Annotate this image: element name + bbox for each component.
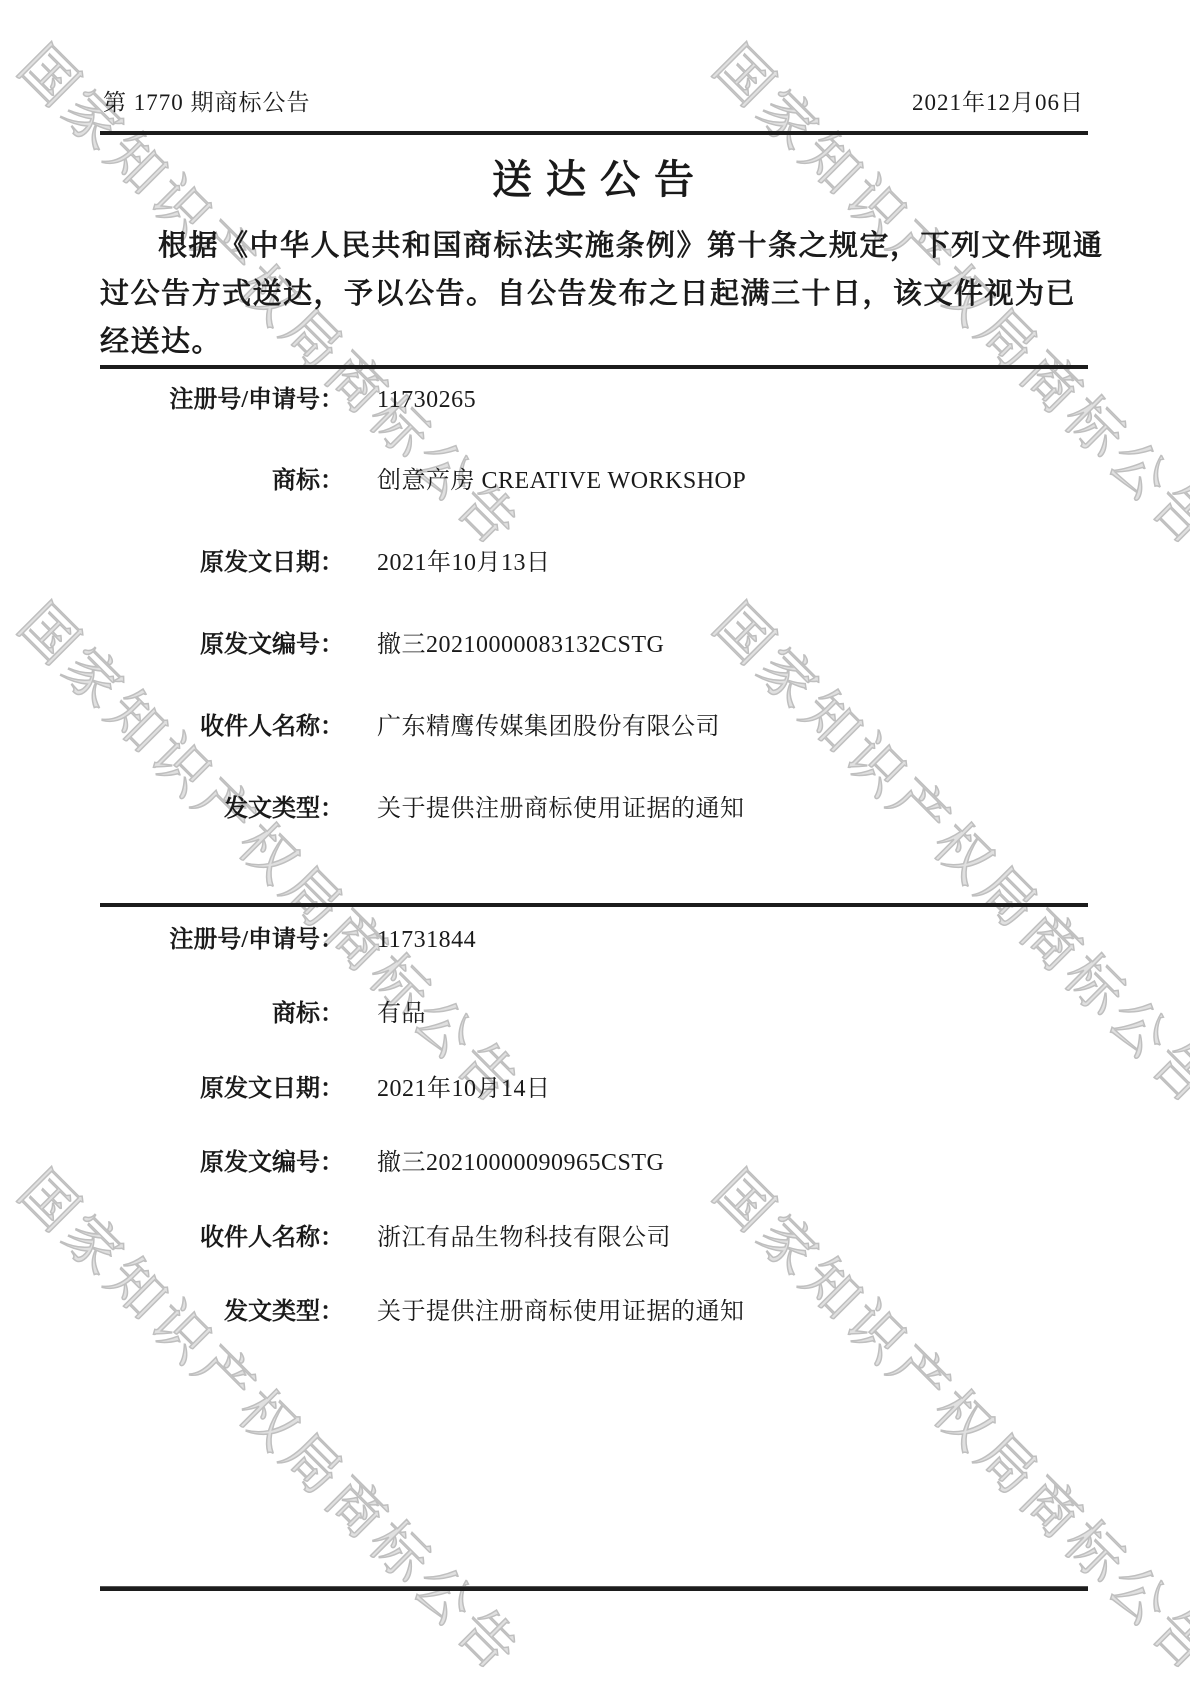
field-row: 收件人名称： 浙江有品生物科技有限公司: [100, 1221, 1090, 1255]
page-title: 送 达 公 告: [100, 148, 1088, 205]
field-value: 11731844: [377, 923, 476, 957]
field-row: 原发文编号： 撤三20210000083132CSTG: [100, 628, 1090, 662]
gazette-date: 2021年12月06日: [912, 84, 1084, 117]
field-label: 商标：: [100, 997, 344, 1031]
field-label: 发文类型：: [100, 1295, 344, 1329]
page-bottom-rule: [100, 1586, 1088, 1591]
field-row: 商标： 创意产房 CREATIVE WORKSHOP: [100, 464, 1090, 498]
field-row: 原发文编号： 撤三20210000090965CSTG: [100, 1146, 1090, 1180]
field-value: 11730265: [377, 383, 476, 417]
section-divider: [100, 365, 1088, 369]
document-page: 国家知识产权局商标公告 国家知识产权局商标公告 国家知识产权局商标公告 国家知识…: [0, 0, 1190, 1684]
field-row: 发文类型： 关于提供注册商标使用证据的通知: [100, 792, 1090, 826]
field-row: 商标： 有品: [100, 997, 1090, 1031]
field-row: 发文类型： 关于提供注册商标使用证据的通知: [100, 1295, 1090, 1329]
field-label: 注册号/申请号：: [100, 923, 344, 957]
field-value: 关于提供注册商标使用证据的通知: [377, 1295, 745, 1329]
field-label: 原发文编号：: [100, 1146, 344, 1180]
field-row: 原发文日期： 2021年10月14日: [100, 1072, 1090, 1106]
field-value: 有品: [377, 997, 426, 1031]
field-label: 商标：: [100, 464, 344, 498]
field-value: 创意产房 CREATIVE WORKSHOP: [377, 464, 746, 498]
field-row: 注册号/申请号： 11731844: [100, 923, 1090, 957]
field-label: 原发文日期：: [100, 1072, 344, 1106]
field-row: 注册号/申请号： 11730265: [100, 383, 1090, 417]
field-value: 2021年10月13日: [377, 546, 551, 580]
field-value: 2021年10月14日: [377, 1072, 551, 1106]
header-rule: [100, 131, 1088, 135]
field-label: 原发文编号：: [100, 628, 344, 662]
section-divider: [100, 903, 1088, 907]
field-row: 收件人名称： 广东精鹰传媒集团股份有限公司: [100, 710, 1090, 744]
field-label: 原发文日期：: [100, 546, 344, 580]
field-value: 关于提供注册商标使用证据的通知: [377, 792, 745, 826]
field-label: 发文类型：: [100, 792, 344, 826]
field-label: 注册号/申请号：: [100, 383, 344, 417]
intro-line: 经送达。: [100, 318, 1092, 366]
intro-line: 过公告方式送达，予以公告。自公告发布之日起满三十日，该文件视为已: [100, 270, 1092, 318]
intro-line: 根据《中华人民共和国商标法实施条例》第十条之规定，下列文件现通: [100, 222, 1092, 270]
field-value: 撤三20210000083132CSTG: [377, 628, 664, 662]
page-content: 第 1770 期商标公告 2021年12月06日 送 达 公 告 根据《中华人民…: [0, 0, 1190, 1684]
field-row: 原发文日期： 2021年10月13日: [100, 546, 1090, 580]
field-value: 广东精鹰传媒集团股份有限公司: [377, 710, 720, 744]
field-label: 收件人名称：: [100, 710, 344, 744]
field-value: 撤三20210000090965CSTG: [377, 1146, 664, 1180]
field-label: 收件人名称：: [100, 1221, 344, 1255]
field-value: 浙江有品生物科技有限公司: [377, 1221, 671, 1255]
gazette-issue-label: 第 1770 期商标公告: [103, 84, 311, 117]
intro-paragraph: 根据《中华人民共和国商标法实施条例》第十条之规定，下列文件现通 过公告方式送达，…: [100, 222, 1092, 366]
